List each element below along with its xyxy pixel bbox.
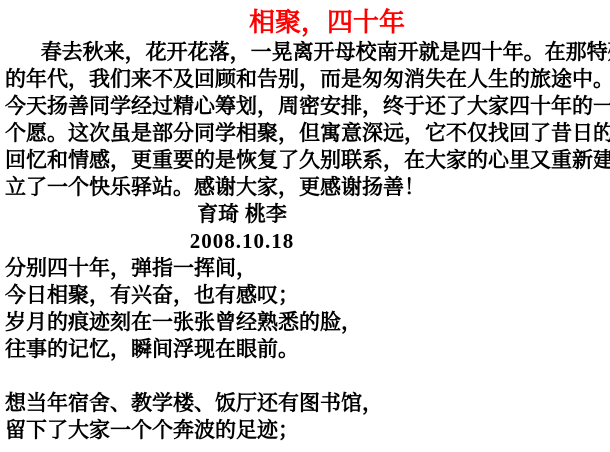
poem-stanza-2: 想当年宿舍、教学楼、饭厅还有图书馆，留下了大家一个个奔波的足迹；	[5, 390, 606, 444]
text-line: 分别四十年，弹指一挥间，	[5, 255, 606, 282]
text-line: 的年代，我们来不及回顾和告别，而是匆匆消失在人生的旅途中。	[5, 66, 606, 93]
text-line: 往事的记忆，瞬间浮现在眼前。	[5, 336, 606, 363]
signature-line: 育琦 桃李	[5, 201, 479, 228]
document-page: 相聚，四十年 春去秋来，花开花落，一晃离开母校南开就是四十年。在那特殊的年代，我…	[0, 0, 610, 452]
text-line: 回忆和情感，更重要的是恢复了久别联系，在大家的心里又重新建	[5, 147, 606, 174]
opening-paragraph: 春去秋来，花开花落，一晃离开母校南开就是四十年。在那特殊的年代，我们来不及回顾和…	[5, 39, 606, 201]
date-line: 2008.10.18	[5, 228, 479, 255]
text-line: 岁月的痕迹刻在一张张曾经熟悉的脸，	[5, 309, 606, 336]
text-line: 春去秋来，花开花落，一晃离开母校南开就是四十年。在那特殊	[5, 39, 606, 66]
text-line: 今日相聚，有兴奋，也有感叹；	[5, 282, 606, 309]
text-line: 想当年宿舍、教学楼、饭厅还有图书馆，	[5, 390, 606, 417]
text-line: 留下了大家一个个奔波的足迹；	[5, 417, 606, 444]
text-line: 今天扬善同学经过精心筹划，周密安排，终于还了大家四十年的一	[5, 93, 606, 120]
text-line: 个愿。这次虽是部分同学相聚，但寓意深远，它不仅找回了昔日的	[5, 120, 606, 147]
page-title: 相聚，四十年	[0, 6, 610, 39]
poem-stanza-1: 分别四十年，弹指一挥间，今日相聚，有兴奋，也有感叹；岁月的痕迹刻在一张张曾经熟悉…	[5, 255, 606, 363]
text-line: 立了一个快乐驿站。感谢大家，更感谢扬善！	[5, 174, 606, 201]
